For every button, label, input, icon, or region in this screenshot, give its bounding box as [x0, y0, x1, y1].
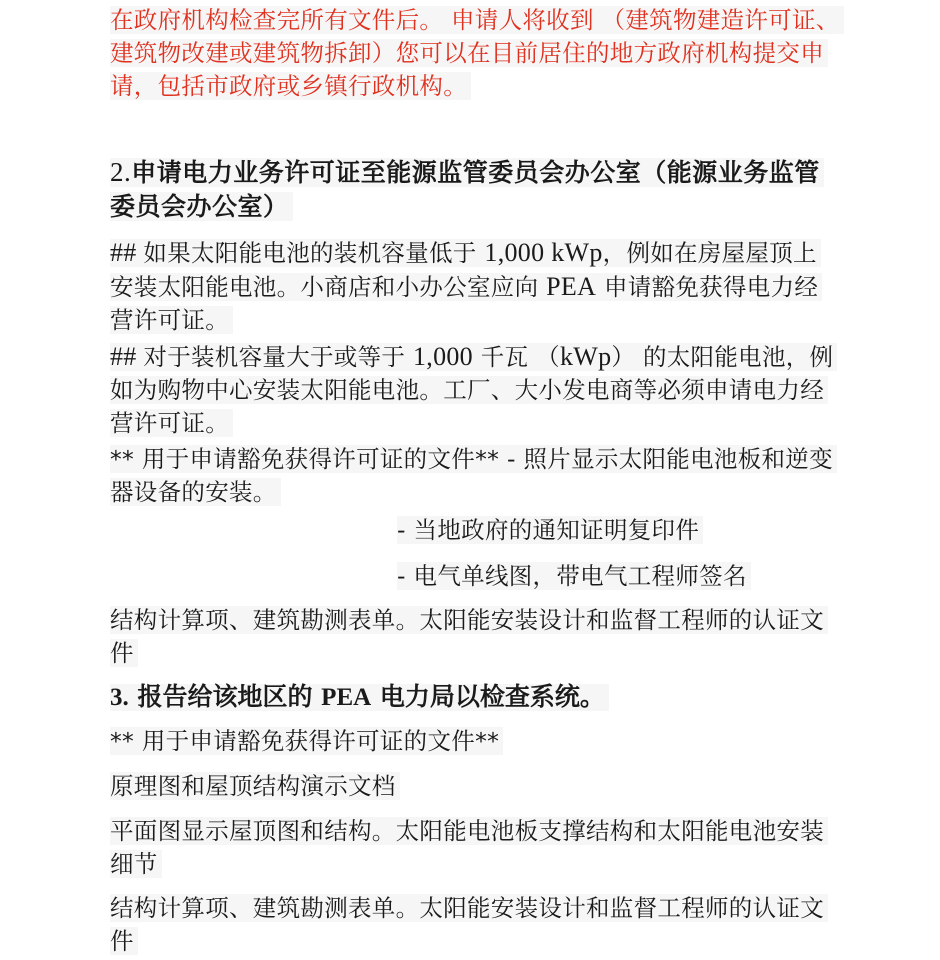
list-item: - 电气单线图，带电气工程师签名 — [110, 560, 840, 593]
section-3-number: 3. — [110, 684, 129, 711]
section-2-heading: 2.申请电力业务许可证至能源监管委员会办公室（能源业务监管委员会办公室） — [110, 155, 840, 224]
list-item: - 当地政府的通知证明复印件 — [110, 514, 840, 547]
intro-text: 在政府机构检查完所有文件后。 申请人将收到 （建筑物建造许可证、建筑物改建或建筑… — [110, 6, 844, 100]
section-3-heading: 3. 报告给该地区的 PEA 电力局以检查系统。 — [110, 680, 840, 715]
list-item: 结构计算项、建筑勘测表单。太阳能安装设计和监督工程师的认证文件 — [110, 892, 840, 958]
structural-docs-paragraph: 结构计算项、建筑勘测表单。太阳能安装设计和监督工程师的认证文件 — [110, 604, 840, 670]
intro-paragraph: 在政府机构检查完所有文件后。 申请人将收到 （建筑物建造许可证、建筑物改建或建筑… — [110, 4, 840, 103]
section-2-number: 2. — [110, 157, 131, 187]
section-2-title: 申请电力业务许可证至能源监管委员会办公室（能源业务监管委员会办公室） — [110, 158, 820, 221]
exemption-docs-paragraph: ** 用于申请豁免获得许可证的文件** - 照片显示太阳能电池板和逆变器设备的安… — [110, 443, 840, 509]
list-item: 原理图和屋顶结构演示文档 — [110, 770, 840, 803]
capacity-below-paragraph: ## 如果太阳能电池的装机容量低于 1,000 kWp，例如在房屋屋顶上安装太阳… — [110, 236, 840, 337]
list-item: 平面图显示屋顶图和结构。太阳能电池板支撑结构和太阳能电池安装细节 — [110, 815, 840, 881]
capacity-above-paragraph: ## 对于装机容量大于或等于 1,000 千瓦 （kWp） 的太阳能电池，例如为… — [110, 340, 840, 440]
section-3-docs-heading: ** 用于申请豁免获得许可证的文件** — [110, 725, 840, 758]
